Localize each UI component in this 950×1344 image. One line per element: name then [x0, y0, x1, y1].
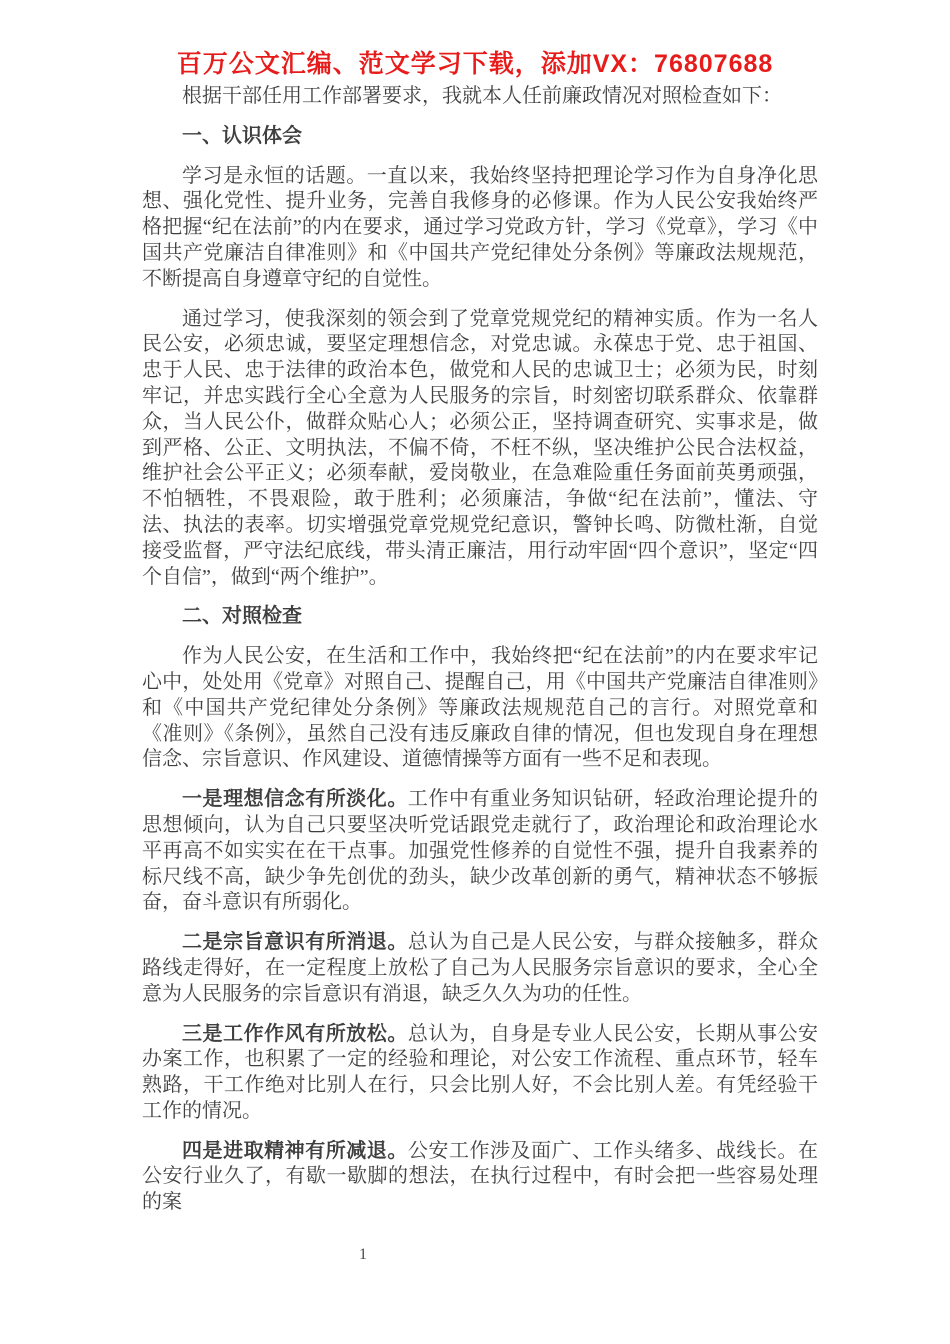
- paragraph-lead: 二是宗旨意识有所消退。: [182, 931, 408, 953]
- section-heading-1: 一、认识体会: [142, 124, 818, 150]
- document-page: 百万公文汇编、范文学习下载，添加VX：76807688 根据干部任用工作部署要求…: [0, 0, 950, 1344]
- paragraph-text: 作为人民公安，在生活和工作中，我始终把“纪在法前”的内在要求牢记心中，处处用《党…: [142, 645, 818, 770]
- heading-text: 二、对照检查: [182, 605, 302, 627]
- paragraph-point-2: 二是宗旨意识有所消退。总认为自己是人民公安，与群众接触多，群众路线走得好，在一定…: [142, 930, 818, 1007]
- paragraph: 学习是永恒的话题。一直以来，我始终坚持把理论学习作为自身净化思想、强化党性、提升…: [142, 164, 818, 293]
- paragraph: 通过学习，使我深刻的领会到了党章党规党纪的精神实质。作为一名人民公安，必须忠诚，…: [142, 307, 818, 591]
- paragraph: 作为人民公安，在生活和工作中，我始终把“纪在法前”的内在要求牢记心中，处处用《党…: [142, 644, 818, 773]
- intro-paragraph: 根据干部任用工作部署要求，我就本人任前廉政情况对照检查如下：: [142, 84, 818, 110]
- paragraph-lead: 四是进取精神有所减退。: [182, 1140, 408, 1162]
- page-number: 1: [343, 1246, 383, 1264]
- heading-text: 一、认识体会: [182, 125, 302, 147]
- promo-header-text: 百万公文汇编、范文学习下载，添加VX：76807688: [0, 44, 950, 80]
- paragraph-text: 通过学习，使我深刻的领会到了党章党规党纪的精神实质。作为一名人民公安，必须忠诚，…: [142, 308, 818, 588]
- paragraph-point-4: 四是进取精神有所减退。公安工作涉及面广、工作头绪多、战线长。在公安行业久了，有歇…: [142, 1139, 818, 1216]
- section-heading-2: 二、对照检查: [142, 604, 818, 630]
- paragraph-text: 学习是永恒的话题。一直以来，我始终坚持把理论学习作为自身净化思想、强化党性、提升…: [142, 165, 818, 290]
- paragraph-point-1: 一是理想信念有所淡化。工作中有重业务知识钻研，轻政治理论提升的思想倾向，认为自己…: [142, 787, 818, 916]
- paragraph-point-3: 三是工作作风有所放松。总认为，自身是专业人民公安，长期从事公安办案工作，也积累了…: [142, 1022, 818, 1125]
- paragraph-lead: 三是工作作风有所放松。: [182, 1023, 408, 1045]
- paragraph-text: 根据干部任用工作部署要求，我就本人任前廉政情况对照检查如下：: [182, 85, 782, 107]
- document-body: 根据干部任用工作部署要求，我就本人任前廉政情况对照检查如下： 一、认识体会 学习…: [142, 84, 818, 1230]
- paragraph-lead: 一是理想信念有所淡化。: [182, 788, 408, 810]
